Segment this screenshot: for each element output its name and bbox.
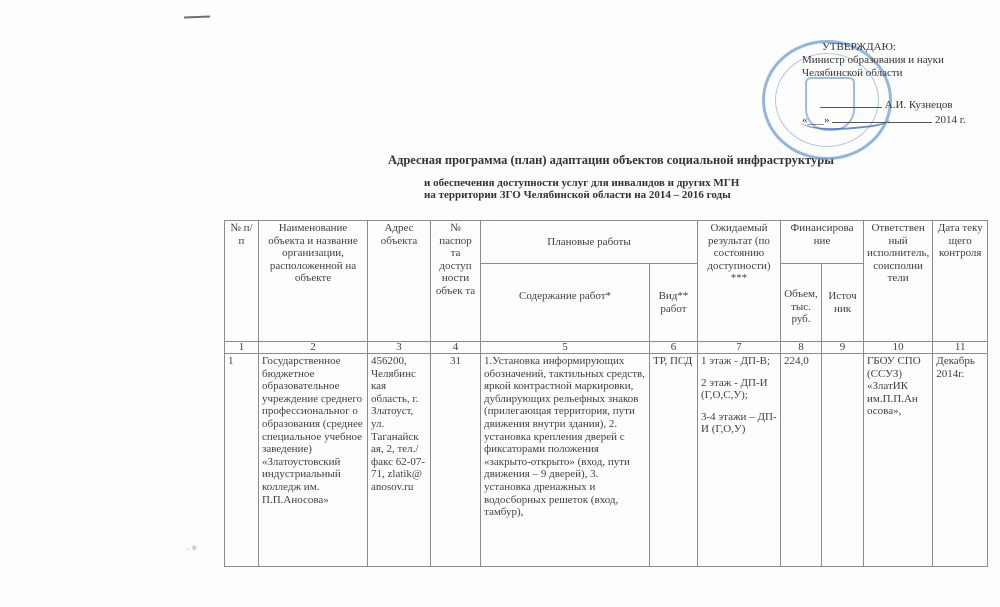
column-number: 10	[864, 342, 933, 354]
header-passport: № паспор та доступ ности объек та	[431, 221, 481, 342]
column-number: 7	[698, 342, 781, 354]
expected-floor2: 2 этаж - ДП-И (Г,О,С,У);	[701, 377, 777, 402]
cell-responsible: ГБОУ СПО (ССУЗ) «ЗлатИК им.П.П.Ан осова»…	[864, 354, 933, 567]
approval-position-line1: Министр образования и науки	[802, 54, 966, 67]
cell-volume: 224,0	[781, 354, 822, 567]
cell-name: Государственное бюджетное образовательно…	[259, 354, 368, 567]
document-subtitle-line1: и обеспечения доступности услуг для инва…	[424, 177, 739, 189]
header-type: Вид** работ	[650, 264, 698, 342]
cell-control-date: Декабрь 2014г.	[933, 354, 988, 567]
expected-floor1: 1 этаж - ДП-В;	[701, 355, 777, 368]
header-control-date: Дата теку щего контроля	[933, 221, 988, 342]
header-content: Содержание работ*	[481, 264, 650, 342]
cell-type: ТР, ПСД	[650, 354, 698, 567]
column-number: 1	[225, 342, 259, 354]
scan-artifact-spot: ᴗ ❀	[186, 544, 197, 552]
document-subtitle-line2: на территории ЗГО Челябинской области на…	[424, 189, 731, 201]
column-number: 2	[259, 342, 368, 354]
header-financing: Финансирова ние	[781, 221, 864, 264]
header-row: № п/п Наименование объекта и название ор…	[225, 221, 988, 264]
header-expected: Ожидаемый результат (по состоянию доступ…	[698, 221, 781, 342]
header-address: Адрес объекта	[368, 221, 431, 342]
column-number-row: 1 2 3 4 5 6 7 8 9 10 11	[225, 342, 988, 354]
cell-address: 456200, Челябинс кая область, г. Златоус…	[368, 354, 431, 567]
approval-position-line2: Челябинской области	[802, 67, 966, 80]
column-number: 6	[650, 342, 698, 354]
cell-passport: 31	[431, 354, 481, 567]
column-number: 5	[481, 342, 650, 354]
column-number: 3	[368, 342, 431, 354]
cell-expected: 1 этаж - ДП-В; 2 этаж - ДП-И (Г,О,С,У); …	[698, 354, 781, 567]
column-number: 4	[431, 342, 481, 354]
header-source: Источ ник	[822, 264, 864, 342]
column-number: 8	[781, 342, 822, 354]
header-num: № п/п	[225, 221, 259, 342]
scan-artifact-line	[184, 16, 210, 19]
column-number: 11	[933, 342, 988, 354]
column-number: 9	[822, 342, 864, 354]
table-row: 1 Государственное бюджетное образователь…	[225, 354, 988, 567]
cell-content: 1.Установка информирующих обозначений, т…	[481, 354, 650, 567]
document-title: Адресная программа (план) адаптации объе…	[220, 153, 1000, 168]
cell-source	[822, 354, 864, 567]
header-responsible: Ответствен ный исполнитель, соисполни те…	[864, 221, 933, 342]
expected-floor3-4: 3-4 этажи – ДП-И (Г,О,У)	[701, 411, 777, 436]
header-planned-works: Плановые работы	[481, 221, 698, 264]
approval-heading: УТВЕРЖДАЮ:	[822, 41, 966, 54]
cell-num: 1	[225, 354, 259, 567]
header-name: Наименование объекта и название организа…	[259, 221, 368, 342]
adaptation-plan-table: № п/п Наименование объекта и название ор…	[224, 220, 988, 567]
header-volume: Объем, тыс. руб.	[781, 264, 822, 342]
